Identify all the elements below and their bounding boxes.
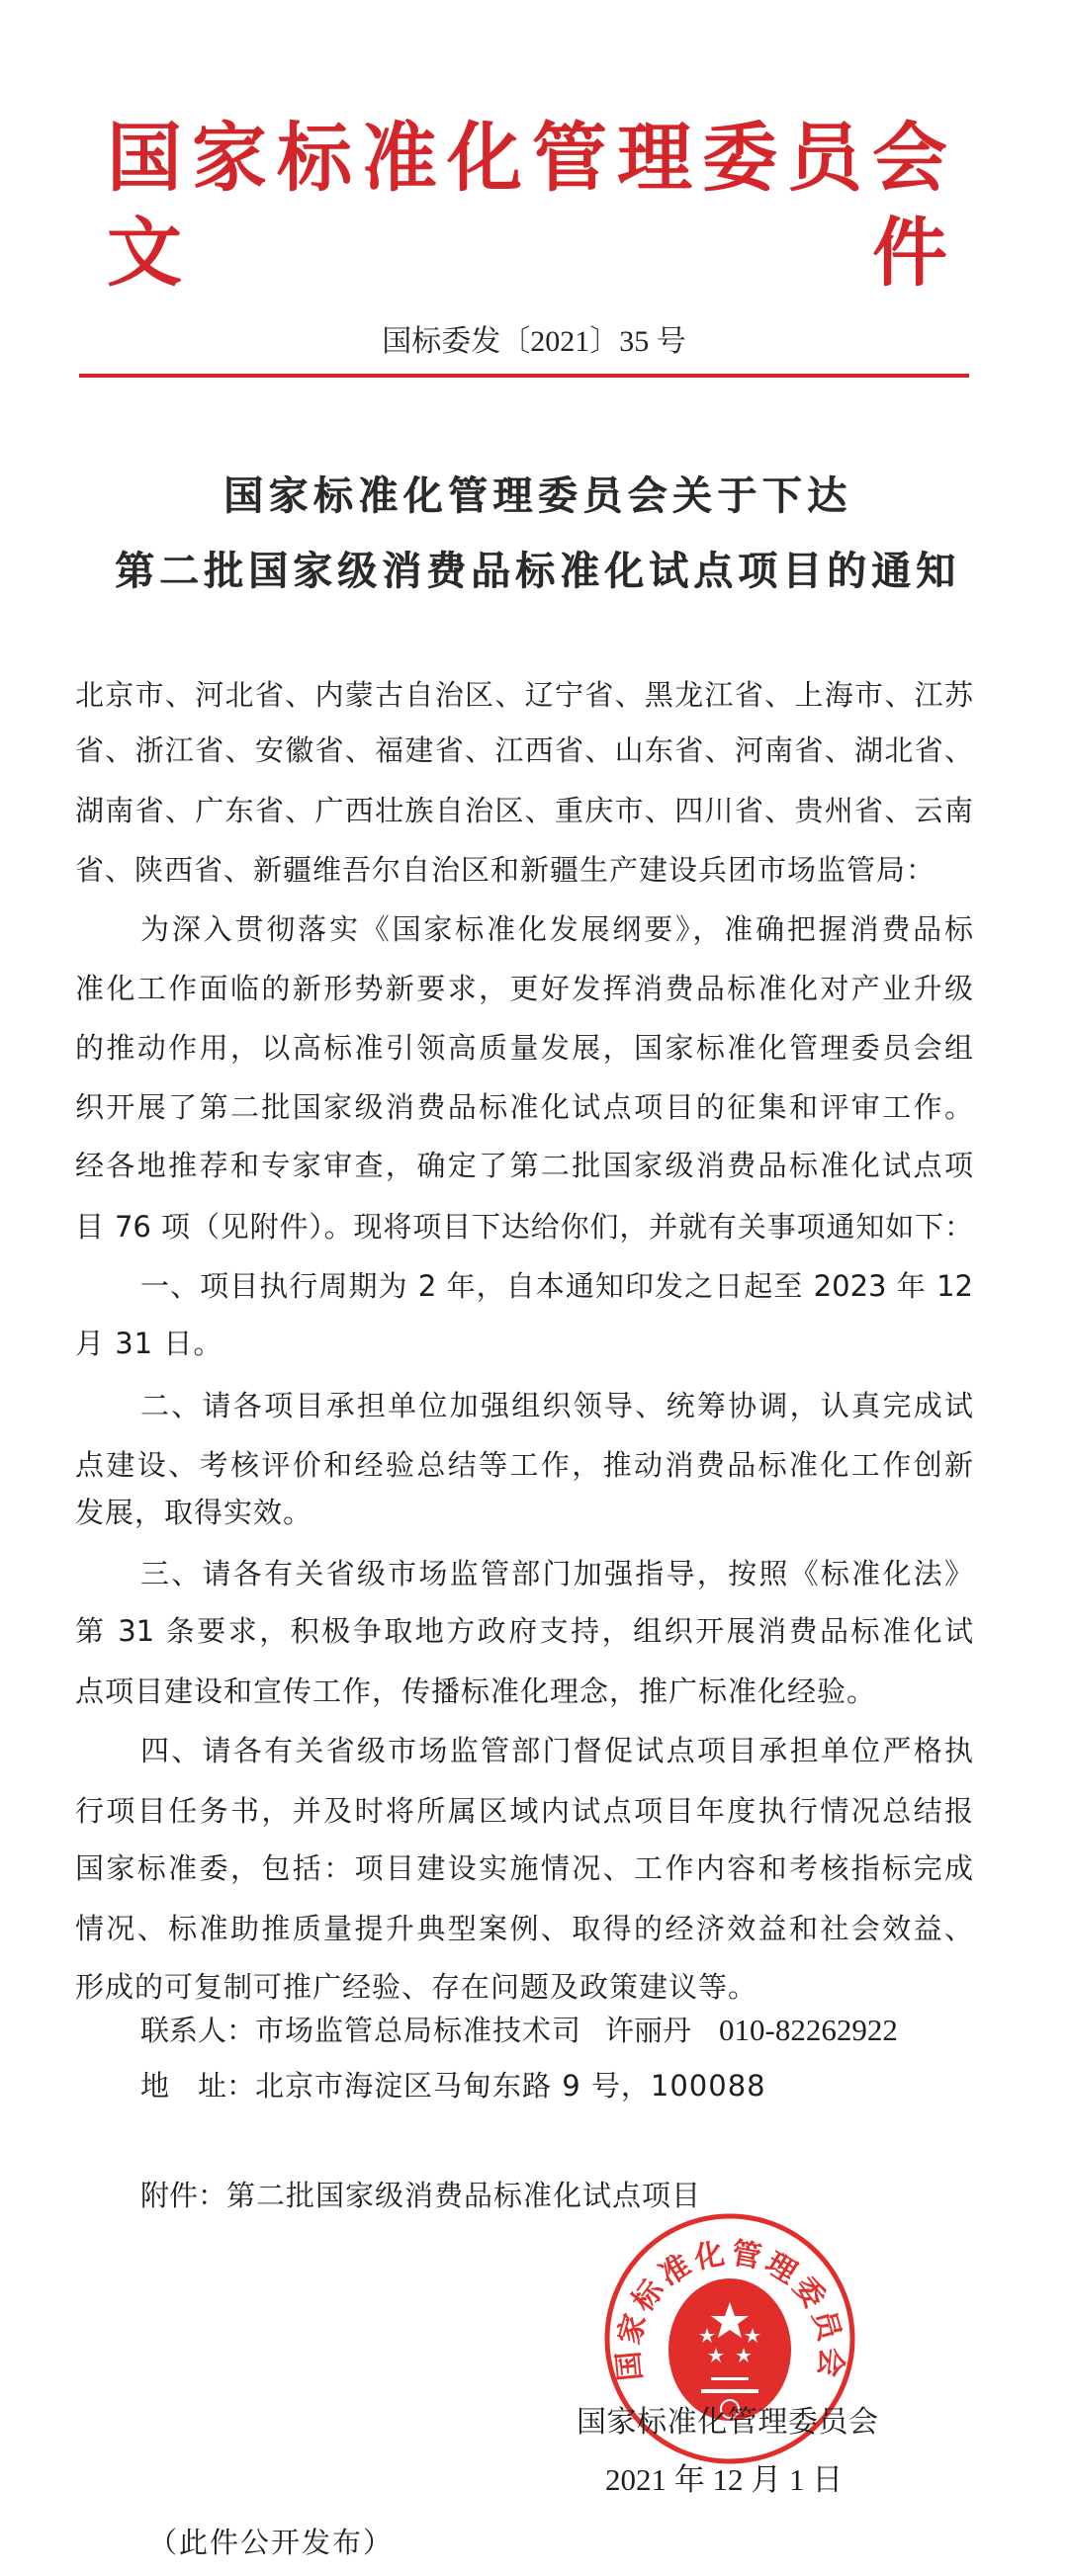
body-line: 发展，取得实效。 — [75, 1493, 471, 1532]
notice-title-line-1: 国家标准化管理委员会关于下达 — [223, 472, 846, 521]
body-line: 目 76 项（见附件）。现将项目下达给你们，并就有关事项通知如下： — [75, 1207, 973, 1246]
issuer-signature: 国家标准化管理委员会 — [577, 2403, 878, 2443]
body-line: 省、浙江省、安徽省、福建省、江西省、山东省、河南省、湖北省、 — [75, 730, 973, 770]
address-line: 地 址：北京市海淀区马甸东路 9 号，100088 — [140, 2066, 991, 2105]
body-line: 国家标准委，包括：项目建设实施情况、工作内容和考核指标完成 — [75, 1848, 973, 1888]
body-line: 点建设、考核评价和经验总结等工作，推动消费品标准化工作创新 — [75, 1445, 973, 1485]
body-line: 情况、标准助推质量提升典型案例、取得的经济效益和社会效益、 — [75, 1909, 973, 1948]
masthead-divider — [79, 374, 969, 378]
masthead-title: 国家标准化管理委员会文件 — [107, 111, 949, 206]
body-line: 行项目任务书，并及时将所属区域内试点项目年度执行情况总结报 — [75, 1791, 973, 1831]
attachment-title: 第二批国家级消费品标准化试点项目 — [226, 2179, 701, 2212]
body-line: 北京市、河北省、内蒙古自治区、辽宁省、黑龙江省、上海市、江苏 — [75, 675, 973, 715]
body-line: 省、陕西省、新疆维吾尔自治区和新疆生产建设兵团市场监管局： — [75, 850, 926, 890]
body-line: 经各地推荐和专家审查，确定了第二批国家级消费品标准化试点项 — [75, 1146, 973, 1185]
body-line: 织开展了第二批国家级消费品标准化试点项目的征集和评审工作。 — [75, 1087, 973, 1127]
address-value: 北京市海淀区马甸东路 9 号，100088 — [255, 2069, 766, 2103]
attachment-line: 附件：第二批国家级消费品标准化试点项目 — [140, 2176, 932, 2215]
attachment-label: 附件： — [140, 2179, 226, 2212]
contact-line: 联系人：市场监管总局标准技术司许丽丹010-82262922 — [140, 2011, 991, 2050]
document-number: 国标委发〔2021〕35 号 — [0, 322, 1068, 362]
address-label: 地 址： — [140, 2069, 255, 2103]
body-line: 第 31 条要求，积极争取地方政府支持，组织开展消费品标准化试 — [75, 1611, 973, 1651]
body-line: 一、项目执行周期为 2 年，自本通知印发之日起至 2023 年 12 — [140, 1266, 973, 1306]
notice-title-line-2: 第二批国家级消费品标准化试点项目的通知 — [115, 547, 955, 596]
public-release-note: （此件公开发布） — [148, 2523, 405, 2562]
body-line: 湖南省、广东省、广西壮族自治区、重庆市、四川省、贵州省、云南 — [75, 791, 973, 830]
body-line: 点项目建设和宣传工作，传播标准化理念，推广标准化经验。 — [75, 1672, 926, 1711]
contact-phone: 010-82262922 — [719, 2013, 898, 2047]
body-line: 准化工作面临的新形势新要求，更好发挥消费品标准化对产业升级 — [75, 969, 973, 1008]
body-line: 的推动作用，以高标准引领高质量发展，国家标准化管理委员会组 — [75, 1028, 973, 1068]
body-line: 月 31 日。 — [75, 1324, 372, 1363]
body-line: 三、请各有关省级市场监管部门加强指导，按照《标准化法》 — [140, 1554, 973, 1593]
contact-label: 联系人： — [140, 2014, 255, 2047]
contact-name: 许丽丹 — [605, 2014, 691, 2047]
issue-date: 2021 年 12 月 1 日 — [605, 2460, 837, 2500]
contact-department: 市场监管总局标准技术司 — [255, 2014, 581, 2047]
body-line: 形成的可复制可推广经验、存在问题及政策建议等。 — [75, 1967, 827, 2007]
body-line: 四、请各有关省级市场监管部门督促试点项目承担单位严格执 — [140, 1731, 973, 1770]
body-line: 为深入贯彻落实《国家标准化发展纲要》，准确把握消费品标 — [140, 909, 973, 949]
body-line: 二、请各项目承担单位加强组织领导、统筹协调，认真完成试 — [140, 1386, 973, 1425]
